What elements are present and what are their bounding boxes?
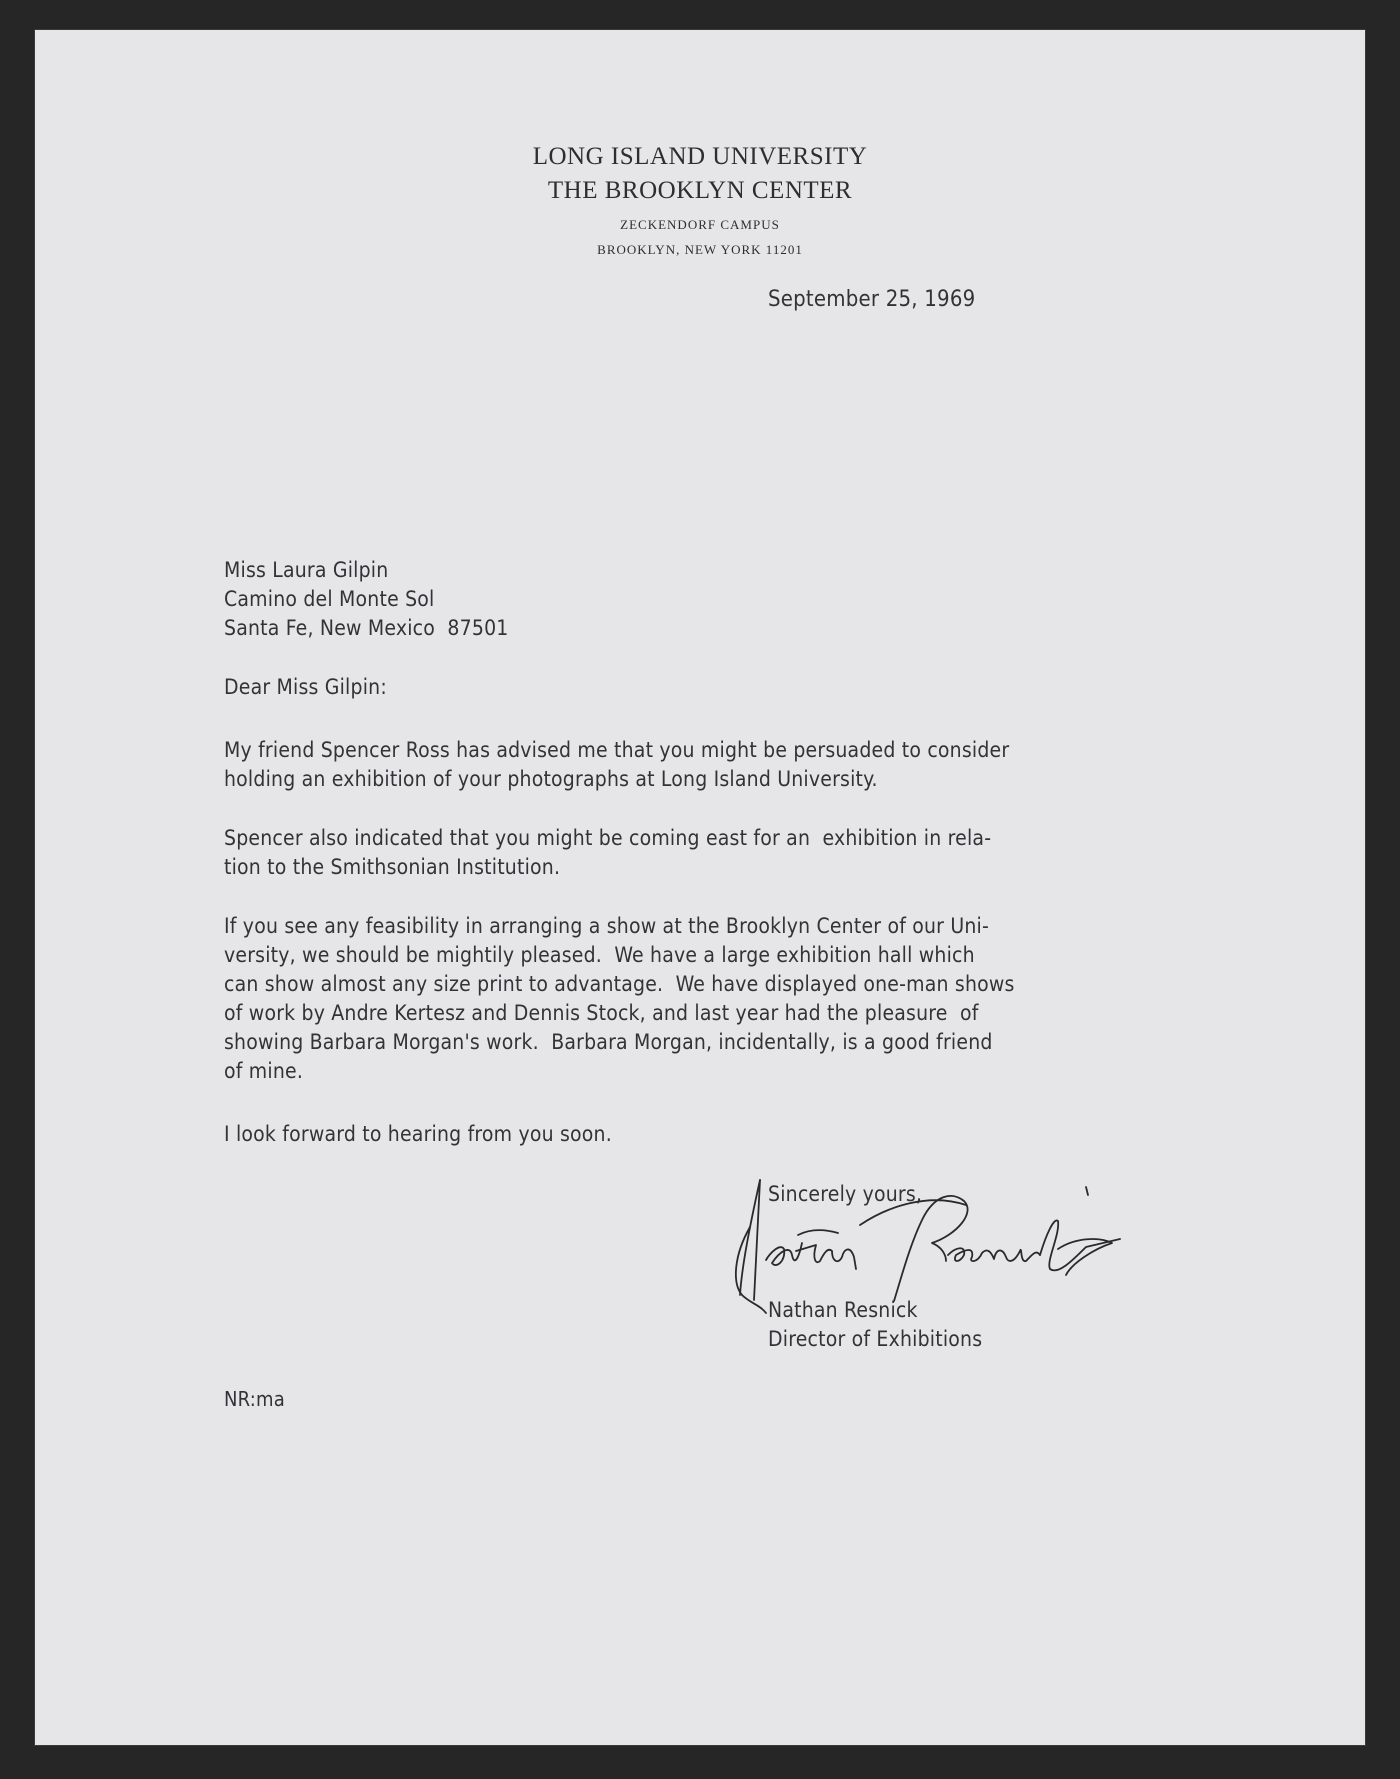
letterhead-center: THE BROOKLYN CENTER	[35, 177, 1365, 205]
paragraph-line: tion to the Smithsonian Institution.	[224, 855, 991, 884]
paragraph-2: Spencer also indicated that you might be…	[224, 826, 991, 884]
recipient-city: Santa Fe, New Mexico 87501	[224, 616, 509, 645]
signer-name: Nathan Resnick	[768, 1298, 982, 1327]
letterhead-institution: LONG ISLAND UNIVERSITY	[35, 143, 1365, 171]
recipient-street: Camino del Monte Sol	[224, 587, 509, 616]
paragraph-line: Spencer also indicated that you might be…	[224, 826, 991, 855]
salutation: Dear Miss Gilpin:	[224, 675, 387, 699]
recipient-name: Miss Laura Gilpin	[224, 558, 509, 587]
bleed-through-stamp: ​	[965, 200, 1007, 279]
paragraph-line: holding an exhibition of your photograph…	[224, 767, 1009, 796]
signature-block: Nathan Resnick Director of Exhibitions	[768, 1298, 982, 1356]
letter-page: ​ ​ ​ LONG ISLAND UNIVERSITY THE BROOKLY…	[35, 30, 1365, 1745]
paragraph-1: My friend Spencer Ross has advised me th…	[224, 738, 1009, 796]
letterhead-address: BROOKLYN, NEW YORK 11201	[35, 242, 1365, 258]
signer-title: Director of Exhibitions	[768, 1327, 982, 1356]
paragraph-line: can show almost any size print to advant…	[224, 972, 1015, 1001]
reference-initials: NR:ma	[224, 1387, 285, 1411]
paragraph-line: versity, we should be mightily pleased. …	[224, 943, 1015, 972]
paragraph-line: of mine.	[224, 1059, 1015, 1088]
letter-date: September 25, 1969	[768, 287, 975, 312]
closing-paragraph: I look forward to hearing from you soon.	[224, 1122, 612, 1146]
paragraph-line: My friend Spencer Ross has advised me th…	[224, 738, 1009, 767]
paragraph-line: showing Barbara Morgan's work. Barbara M…	[224, 1030, 1015, 1059]
paragraph-line: If you see any feasibility in arranging …	[224, 914, 1015, 943]
letterhead-campus: ZECKENDORF CAMPUS	[35, 217, 1365, 233]
paragraph-3: If you see any feasibility in arranging …	[224, 914, 1015, 1088]
paragraph-line: of work by Andre Kertesz and Dennis Stoc…	[224, 1001, 1015, 1030]
recipient-address: Miss Laura Gilpin Camino del Monte Sol S…	[224, 558, 509, 645]
